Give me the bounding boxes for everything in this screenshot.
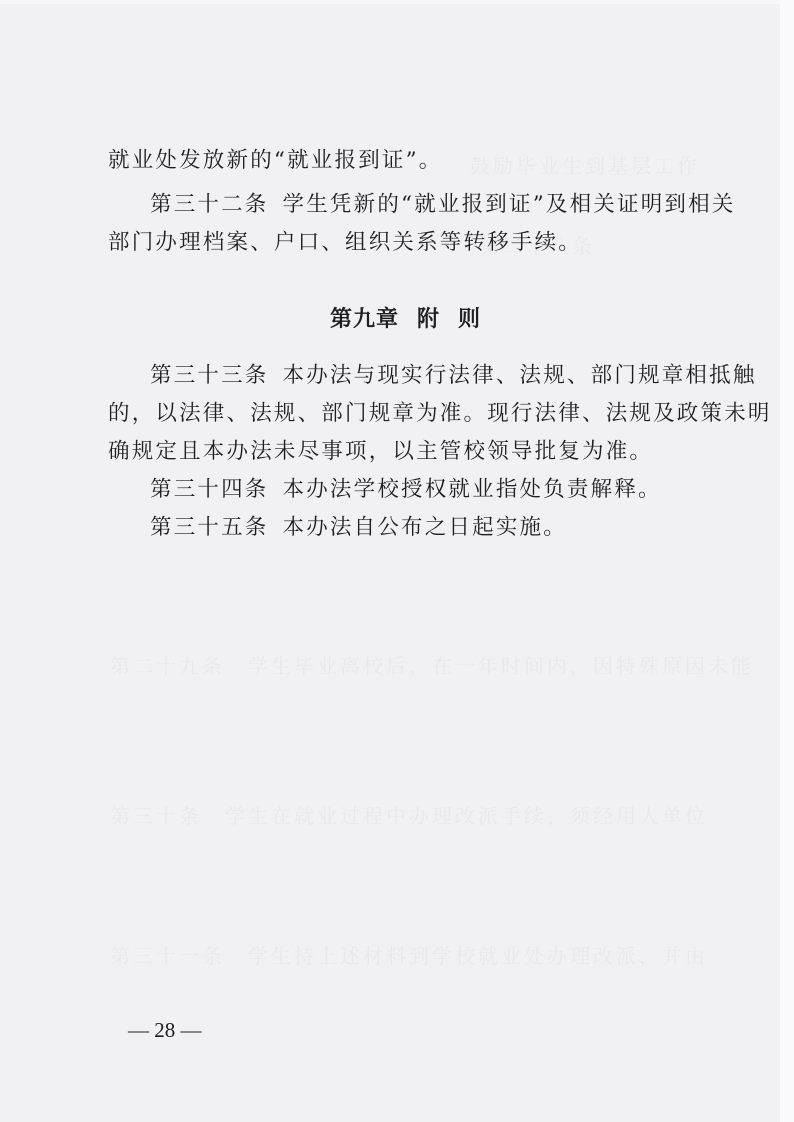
article-33-line-2: 的，以法律、法规、部门规章为准。现行法律、法规及政策未明: [108, 399, 772, 429]
article-number: 第三十四条: [150, 477, 269, 502]
bleed-through-text: 鼓励毕业生到基层工作: [470, 150, 700, 179]
article-35: 第三十五条本办法自公布之日起实施。: [150, 513, 567, 543]
article-text: 本办法学校授权就业指处负责解释。: [283, 477, 662, 502]
article-number: 第三十五条: [150, 515, 269, 540]
article-32-line-1: 第三十二条学生凭新的“就业报到证”及相关证明到相关: [150, 190, 736, 220]
bleed-through-text: 第三十一条 学生持上述材料到学校就业处办理改派，并由: [110, 940, 708, 969]
chapter-title: 第九章: [330, 307, 399, 332]
chapter-word-2: 则: [458, 307, 481, 332]
chapter-word-1: 附: [417, 307, 440, 332]
article-text: 学生凭新的“就业报到证”及相关证明到相关: [283, 192, 736, 217]
article-34: 第三十四条本办法学校授权就业指处负责解释。: [150, 475, 662, 505]
bleed-through-text: 第三十条 学生在就业过程中办理改派手续，须经用人单位: [110, 800, 708, 829]
article-number: 第三十三条: [150, 363, 269, 388]
article-text: 本办法与现实行法律、法规、部门规章相抵触: [283, 363, 757, 388]
article-33-line-1: 第三十三条本办法与现实行法律、法规、部门规章相抵触: [150, 361, 757, 391]
article-33-line-3: 确规定且本办法未尽事项，以主管校领导批复为准。: [108, 437, 653, 467]
article-text: 本办法自公布之日起实施。: [283, 515, 567, 540]
article-32-line-2: 部门办理档案、户口、组织关系等转移手续。: [108, 228, 582, 258]
page-right-edge: [780, 0, 794, 1122]
paragraph-continuation: 就业处发放新的“就业报到证”。: [108, 146, 442, 176]
article-number: 第三十二条: [150, 192, 269, 217]
page-top-edge: [0, 0, 794, 4]
chapter-heading: 第九章附则: [330, 305, 481, 335]
bleed-through-text: 第二十九条 学生毕业离校后，在一年时间内，因特殊原因未能: [110, 650, 754, 679]
page-number: — 28 —: [128, 1016, 202, 1044]
